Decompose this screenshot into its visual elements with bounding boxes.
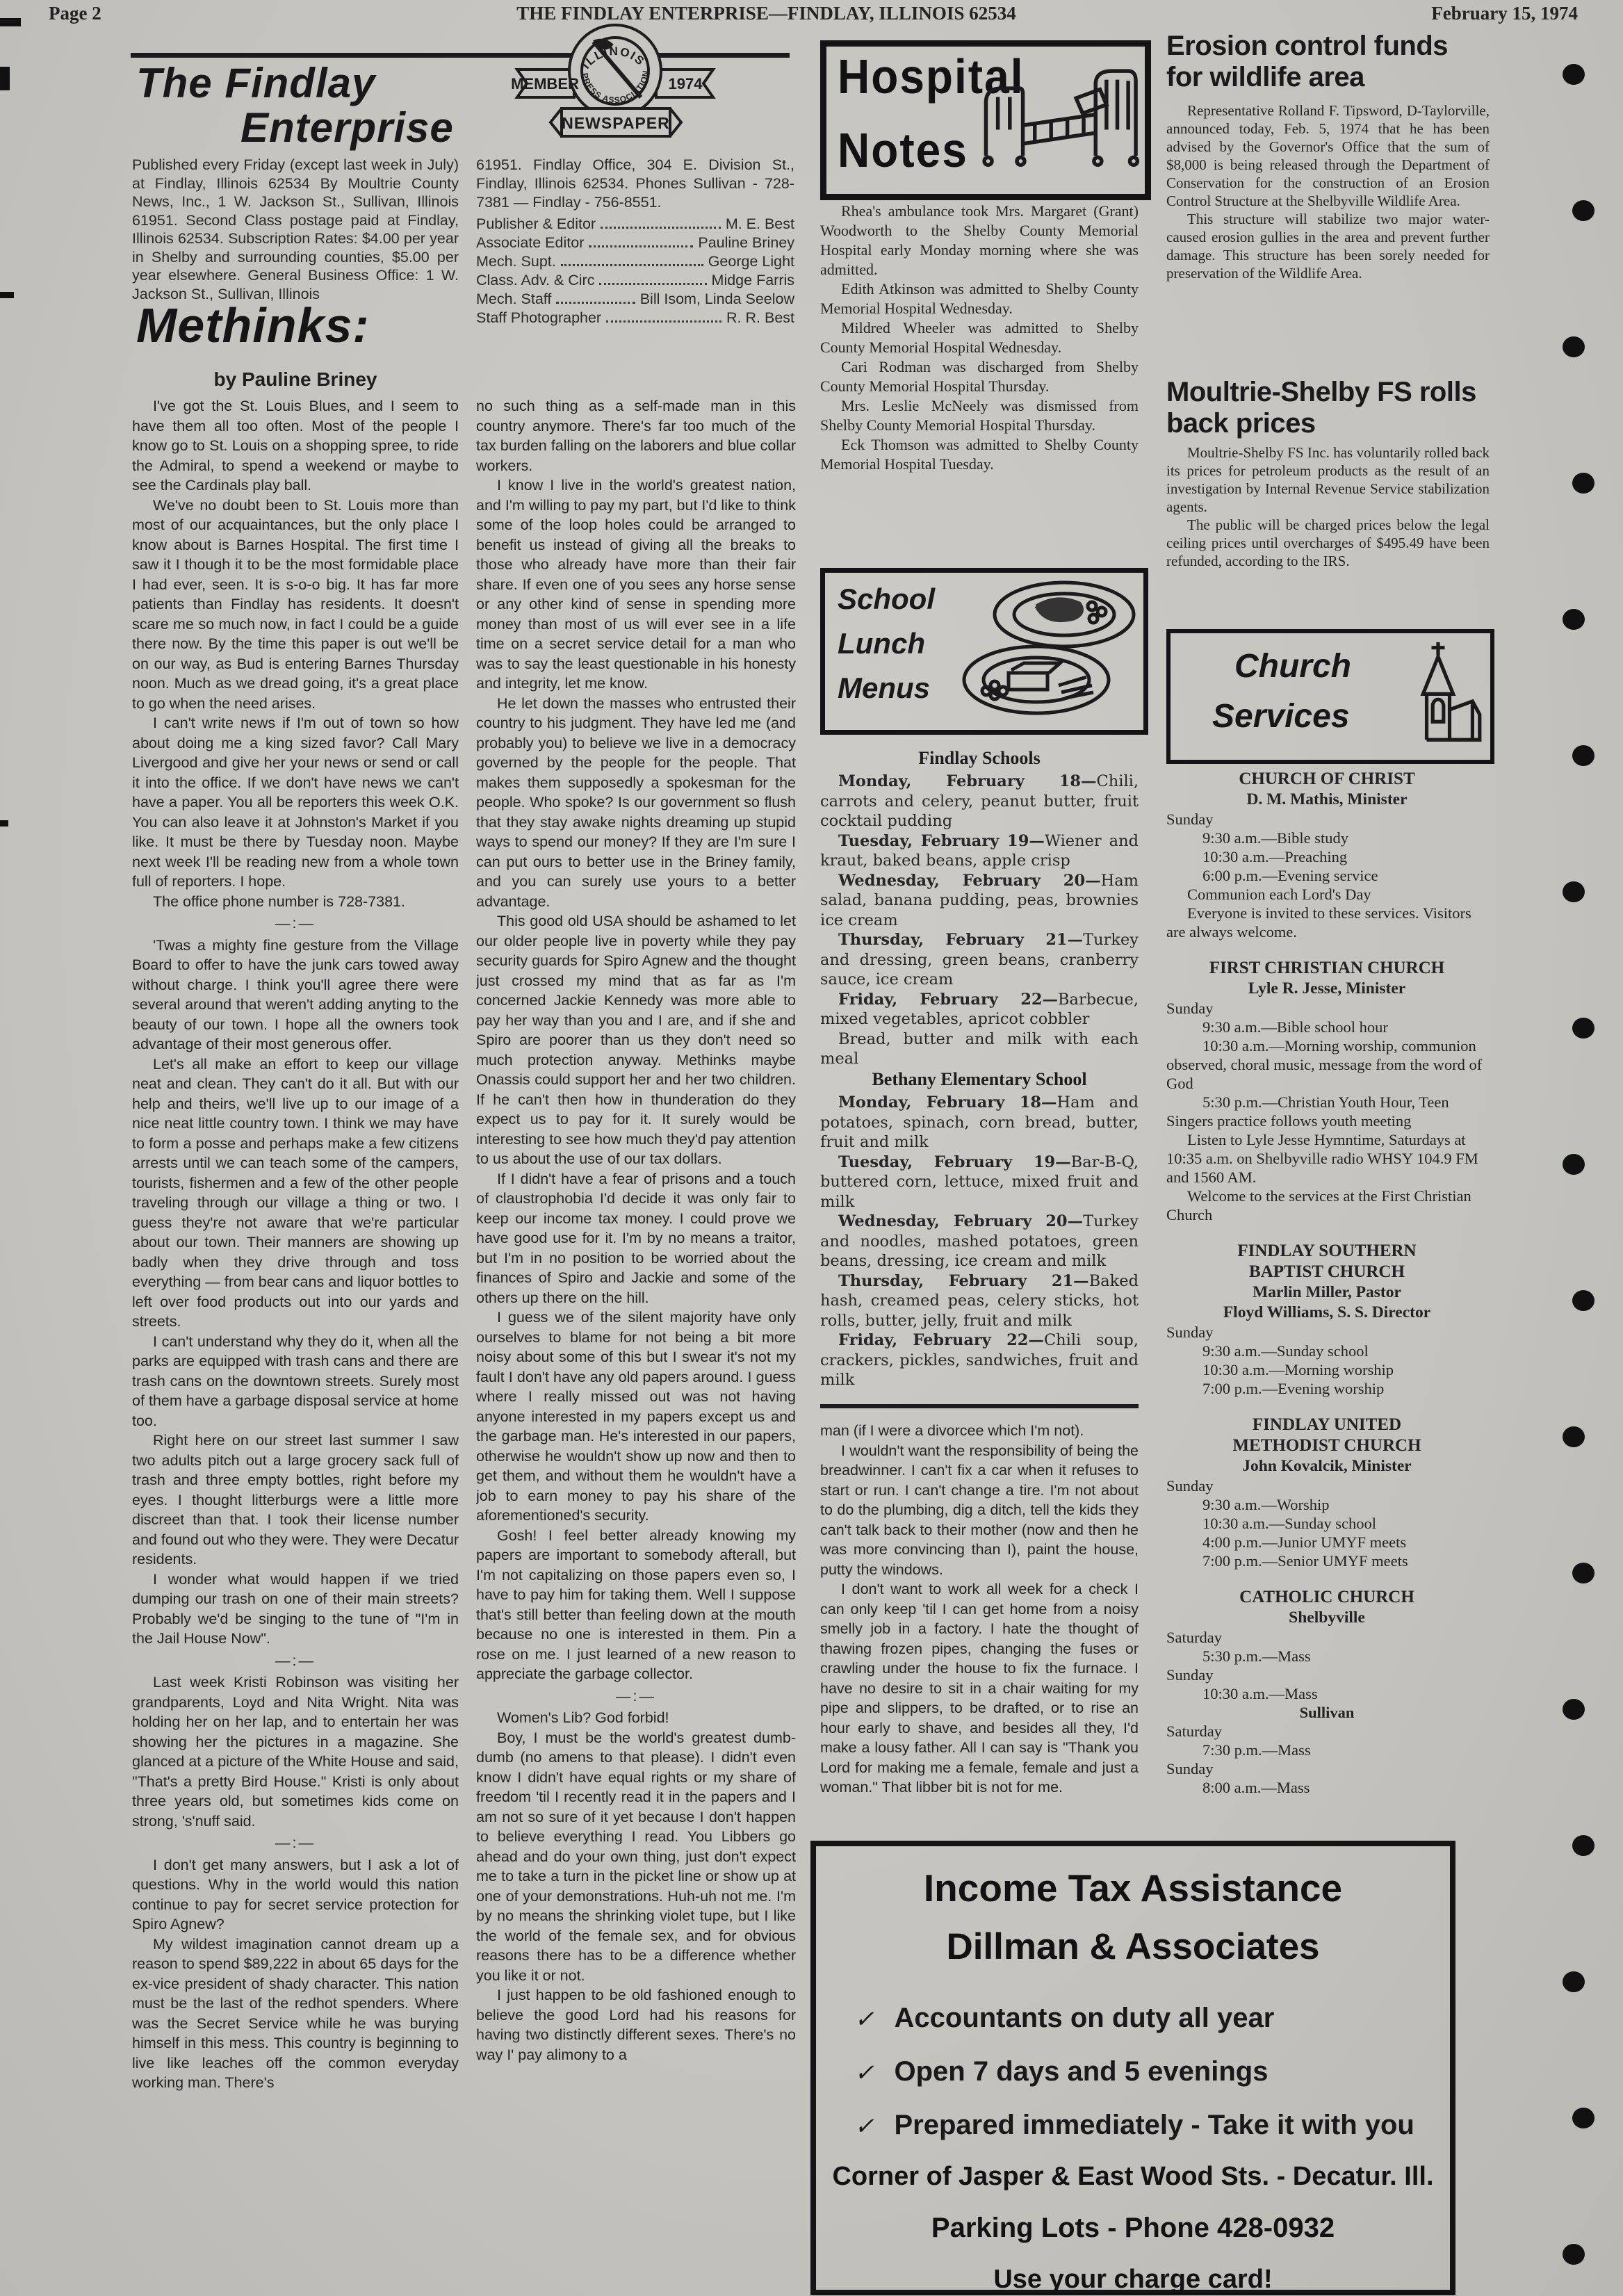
staff-role: Staff Photographer [476, 309, 601, 327]
church-schedule-line: Sunday [1166, 810, 1487, 829]
edge-dot [1563, 1154, 1585, 1175]
ad-advertiser: Dillman & Associates [946, 1925, 1319, 1968]
church-schedule-line: Listen to Lyle Jesse Hymntime, Saturdays… [1166, 1130, 1487, 1187]
church-name: CATHOLIC CHURCH [1166, 1587, 1487, 1608]
staff-list: Publisher & EditorM. E. BestAssociate Ed… [476, 215, 794, 327]
church-schedule-line: Saturday [1166, 1628, 1487, 1647]
publication-info: Published every Friday (except last week… [132, 156, 459, 303]
issue-date: February 15, 1974 [1431, 3, 1578, 24]
masthead-title-line2: Enterprise [136, 106, 454, 150]
staff-role: Publisher & Editor [476, 215, 596, 234]
church-schedule-line: 4:00 p.m.—Junior UMYF meets [1166, 1533, 1487, 1552]
paragraph: Right here on our street last summer I s… [132, 1431, 459, 1570]
findlay-schools-title: Findlay Schools [820, 748, 1139, 769]
menu-item: Thursday, February 21—Turkey and dressin… [820, 930, 1139, 990]
rollback-headline: Moultrie-Shelby FS rolls back prices [1166, 377, 1490, 439]
church-schedule-line: Sunday [1166, 1323, 1487, 1342]
church-schedule-line: Saturday [1166, 1722, 1487, 1741]
paragraph: man (if I were a divorcee which I'm not)… [820, 1421, 1139, 1441]
church-schedule-line: 5:30 p.m.—Mass [1166, 1647, 1487, 1666]
church-name: CHURCH OF CHRIST [1166, 769, 1487, 790]
paragraph: My wildest imagination cannot dream up a… [132, 1935, 459, 2093]
paragraph: I can't write news if I'm out of town so… [132, 713, 459, 892]
edge-dot [1572, 1835, 1595, 1856]
church-schedule-line: Sunday [1166, 1476, 1487, 1495]
edge-mark [0, 820, 8, 827]
ad-bullet: ✓Prepared immediately - Take it with you [856, 2110, 1414, 2141]
church-name: FIRST CHRISTIAN CHURCH [1166, 958, 1487, 979]
church-schedule-line: 9:30 a.m.—Sunday school [1166, 1342, 1487, 1360]
paragraph: If I didn't have a fear of prisons and a… [476, 1169, 796, 1308]
church-schedule-line: 7:00 p.m.—Evening worship [1166, 1379, 1487, 1398]
income-tax-ad: Income Tax Assistance Dillman & Associat… [810, 1841, 1455, 2295]
church-name: FINDLAY SOUTHERN [1166, 1241, 1487, 1262]
paragraph: no such thing as a self-made man in this… [476, 396, 796, 475]
rollback-article: Moultrie-Shelby FS Inc. has voluntarily … [1166, 443, 1490, 624]
church-schedule-line: 10:30 a.m.—Morning worship [1166, 1360, 1487, 1379]
paragraph: Moultrie-Shelby FS Inc. has voluntarily … [1166, 443, 1490, 516]
church-schedule-line: 10:30 a.m.—Sunday school [1166, 1514, 1487, 1533]
staff-name: George Light [708, 252, 794, 271]
church-section: CHURCH OF CHRISTD. M. Mathis, MinisterSu… [1166, 769, 1487, 941]
church-schedule-line: 9:30 a.m.—Worship [1166, 1495, 1487, 1514]
paragraph: I guess we of the silent majority have o… [476, 1308, 796, 1526]
church-schedule-line: 10:30 a.m.—Morning worship, communion ob… [1166, 1036, 1487, 1093]
paragraph: This structure will stabilize two major … [1166, 210, 1490, 282]
masthead-title: The Findlay Enterprise [136, 61, 454, 150]
dot-leader [589, 245, 693, 247]
erosion-headline: Erosion control funds for wildlife area [1166, 31, 1490, 93]
church-leader: John Kovalcik, Minister [1166, 1456, 1487, 1476]
church-listings: CHURCH OF CHRISTD. M. Mathis, MinisterSu… [1166, 769, 1487, 1825]
ad-bullet-text: Open 7 days and 5 evenings [895, 2056, 1269, 2087]
church-schedule-line: Sullivan [1166, 1703, 1487, 1722]
edge-dot [1572, 1563, 1595, 1583]
church-schedule-line: 5:30 p.m.—Christian Youth Hour, Teen Sin… [1166, 1093, 1487, 1130]
paragraph: Gosh! I feel better already knowing my p… [476, 1526, 796, 1684]
check-icon: ✓ [853, 2005, 879, 2033]
paragraph: 'Twas a mighty fine gesture from the Vil… [132, 936, 459, 1055]
paragraph: This good old USA should be ashamed to l… [476, 911, 796, 1169]
church-schedule-line: Everyone is invited to these services. V… [1166, 904, 1487, 941]
menu-item: Monday, February 18—Chili, carrots and c… [820, 772, 1139, 831]
ad-charge-card: Use your charge card! [993, 2265, 1272, 2295]
hospital-notes-box: Hospital Notes [820, 40, 1151, 200]
section-divider: —:— [132, 913, 459, 934]
staff-name: M. E. Best [726, 215, 794, 234]
staff-name: Pauline Briney [698, 234, 794, 252]
paragraph: I've got the St. Louis Blues, and I seem… [132, 396, 459, 496]
dot-leader [606, 320, 721, 323]
edge-dot [1572, 473, 1595, 494]
paragraph: Representative Rolland F. Tipsword, D-Ta… [1166, 101, 1490, 210]
page-number: Page 2 [49, 3, 101, 24]
church-section: FINDLAY UNITEDMETHODIST CHURCHJohn Koval… [1166, 1415, 1487, 1570]
edge-dot [1563, 64, 1585, 85]
staff-role: Class. Adv. & Circ [476, 271, 594, 290]
church-name: FINDLAY UNITED [1166, 1415, 1487, 1435]
lunch-box-title-2: Lunch [838, 627, 925, 660]
office-info: 61951. Findlay Office, 304 E. Division S… [476, 156, 794, 212]
hospital-notes-title-2: Notes [838, 122, 968, 178]
paragraph: We've no doubt been to St. Louis more th… [132, 496, 459, 714]
methinks-column-2: no such thing as a self-made man in this… [476, 396, 796, 2294]
staff-row: Mech. Supt.George Light [476, 252, 794, 271]
edge-mark [0, 292, 14, 298]
staff-name: Bill Isom, Linda Seelow [640, 290, 794, 309]
staff-row: Publisher & EditorM. E. Best [476, 215, 794, 234]
church-schedule-line: Sunday [1166, 999, 1487, 1018]
badge-year-text: 1974 [669, 75, 703, 92]
paragraph: Let's all make an effort to keep our vil… [132, 1055, 459, 1332]
paragraph: I wonder what would happen if we tried d… [132, 1570, 459, 1649]
erosion-article: Representative Rolland F. Tipsword, D-Ta… [1166, 101, 1490, 366]
church-schedule-line: 9:30 a.m.—Bible school hour [1166, 1018, 1487, 1036]
section-divider: —:— [132, 1651, 459, 1671]
bethany-school-menu: Monday, February 18—Ham and potatoes, sp… [820, 1093, 1139, 1399]
dot-leader [556, 302, 635, 304]
paragraph: I wouldn't want the responsibility of be… [820, 1441, 1139, 1580]
church-schedule-line: Sunday [1166, 1666, 1487, 1684]
check-icon: ✓ [853, 2112, 879, 2140]
paragraph: Boy, I must be the world's greatest dumb… [476, 1728, 796, 1986]
paragraph: I don't want to work all week for a chec… [820, 1579, 1139, 1798]
church-schedule-line: 10:30 a.m.—Mass [1166, 1684, 1487, 1703]
menu-item: Friday, February 22—Barbecue, mixed vege… [820, 990, 1139, 1029]
staff-row: Associate EditorPauline Briney [476, 234, 794, 252]
ad-bullet-text: Accountants on duty all year [895, 2003, 1275, 2034]
church-section: FINDLAY SOUTHERNBAPTIST CHURCHMarlin Mil… [1166, 1241, 1487, 1398]
ad-address: Corner of Jasper & East Wood Sts. - Deca… [832, 2162, 1433, 2192]
church-schedule-line: 7:00 p.m.—Senior UMYF meets [1166, 1552, 1487, 1570]
hospital-bed-icon [970, 54, 1143, 179]
paragraph: The office phone number is 728-7381. [132, 892, 459, 912]
paragraph: He let down the masses who entrusted the… [476, 694, 796, 912]
badge-newspaper-text: NEWSPAPER [562, 114, 670, 132]
paragraph: I know I live in the world's greatest na… [476, 475, 796, 694]
paragraph: I just happen to be old fashioned enough… [476, 1985, 796, 2065]
church-leader: Marlin Miller, Pastor [1166, 1283, 1487, 1303]
dot-leader [601, 227, 721, 229]
newspaper-page: Page 2 THE FINDLAY ENTERPRISE—FINDLAY, I… [0, 0, 1623, 2296]
church-leader: D. M. Mathis, Minister [1166, 790, 1487, 810]
paragraph: Eck Thomson was admitted to Shelby Count… [820, 435, 1139, 474]
church-leader: Lyle R. Jesse, Minister [1166, 979, 1487, 999]
staff-role: Mech. Staff [476, 290, 551, 309]
paragraph: Mrs. Leslie McNeely was dismissed from S… [820, 396, 1139, 435]
methinks-headline: Methinks: [136, 298, 370, 353]
menu-item: Tuesday, February 19—Wiener and kraut, b… [820, 831, 1139, 871]
church-schedule-line: 10:30 a.m.—Preaching [1166, 847, 1487, 866]
menu-item: Monday, February 18—Ham and potatoes, sp… [820, 1093, 1139, 1153]
edge-dot [1563, 1426, 1585, 1447]
staff-role: Mech. Supt. [476, 252, 556, 271]
badge-member-text: MEMBER [511, 75, 579, 92]
paragraph: Rhea's ambulance took Mrs. Margaret (Gra… [820, 202, 1139, 279]
methinks-column-1: I've got the St. Louis Blues, and I seem… [132, 396, 459, 2294]
menu-item: Wednesday, February 20—Ham salad, banana… [820, 871, 1139, 931]
menu-item: Friday, February 22—Chili soup, crackers… [820, 1330, 1139, 1390]
edge-mark [0, 67, 10, 90]
school-lunch-box: School Lunch Menus [820, 568, 1148, 735]
ad-bullet-text: Prepared immediately - Take it with you [895, 2110, 1414, 2141]
press-association-seal-icon: ILLINOIS PRESS ASSOCIATION MEMBER 1974 N… [505, 15, 726, 149]
church-services-title-1: Church [1234, 647, 1351, 685]
ad-bullet: ✓Open 7 days and 5 evenings [856, 2056, 1414, 2087]
lunch-box-title-1: School [838, 583, 935, 616]
church-section: CATHOLIC CHURCHShelbyvilleSaturday5:30 p… [1166, 1587, 1487, 1797]
edge-dot [1572, 200, 1595, 221]
check-icon: ✓ [853, 2059, 879, 2087]
section-divider: —:— [132, 1833, 459, 1853]
church-services-box: Church Services [1166, 629, 1494, 764]
methinks-column-3-continuation: man (if I were a divorcee which I'm not)… [820, 1421, 1139, 1810]
dot-leader [561, 264, 703, 266]
edge-dot [1572, 1018, 1595, 1039]
edge-dot [1563, 336, 1585, 357]
church-schedule-line: Sunday [1166, 1759, 1487, 1778]
menu-item: Bread, butter and milk with each meal [820, 1029, 1139, 1064]
edge-dot [1563, 881, 1585, 902]
paragraph: The public will be charged prices below … [1166, 516, 1490, 570]
masthead-title-line1: The Findlay [136, 61, 454, 106]
hospital-notes-article: Rhea's ambulance took Mrs. Margaret (Gra… [820, 202, 1139, 563]
edge-dot [1563, 1971, 1585, 1992]
staff-role: Associate Editor [476, 234, 584, 252]
paragraph: Cari Rodman was discharged from Shelby C… [820, 357, 1139, 396]
edge-mark [0, 18, 21, 26]
paragraph: I don't get many answers, but I ask a lo… [132, 1855, 459, 1935]
edge-dot [1572, 1290, 1595, 1311]
church-services-title-2: Services [1212, 697, 1350, 735]
office-staff-block: 61951. Findlay Office, 304 E. Division S… [476, 156, 794, 327]
paragraph: Edith Atkinson was admitted to Shelby Co… [820, 279, 1139, 318]
paragraph: I can't understand why they do it, when … [132, 1332, 459, 1431]
dot-leader [599, 283, 706, 285]
church-schedule-line: 8:00 a.m.—Mass [1166, 1778, 1487, 1797]
staff-name: R. R. Best [726, 309, 794, 327]
church-steeple-icon [1393, 636, 1483, 756]
church-name: BAPTIST CHURCH [1166, 1262, 1487, 1283]
ad-title: Income Tax Assistance [924, 1866, 1342, 1910]
staff-row: Mech. StaffBill Isom, Linda Seelow [476, 290, 794, 309]
church-leader: Shelbyville [1166, 1608, 1487, 1628]
paragraph: Last week Kristi Robinson was visiting h… [132, 1672, 459, 1831]
edge-dot [1563, 2244, 1585, 2265]
staff-row: Staff PhotographerR. R. Best [476, 309, 794, 327]
paragraph: Mildred Wheeler was admitted to Shelby C… [820, 318, 1139, 357]
ad-phone: Parking Lots - Phone 428-0932 [931, 2213, 1335, 2244]
bethany-school-title: Bethany Elementary School [820, 1069, 1139, 1090]
church-leader: Floyd Williams, S. S. Director [1166, 1303, 1487, 1323]
church-name: METHODIST CHURCH [1166, 1435, 1487, 1456]
edge-dot [1563, 609, 1585, 630]
edge-dot [1572, 745, 1595, 766]
page-running-header: Page 2 THE FINDLAY ENTERPRISE—FINDLAY, I… [49, 3, 1578, 24]
menu-item: Thursday, February 21—Baked hash, creame… [820, 1271, 1139, 1331]
church-schedule-line: 7:30 p.m.—Mass [1166, 1741, 1487, 1759]
staff-row: Class. Adv. & CircMidge Farris [476, 271, 794, 290]
lunch-plates-icon [954, 576, 1141, 723]
findlay-schools-menu: Monday, February 18—Chili, carrots and c… [820, 772, 1139, 1064]
church-schedule-line: Communion each Lord's Day [1166, 885, 1487, 904]
menu-item: Tuesday, February 19—Bar-B-Q, buttered c… [820, 1153, 1139, 1212]
paragraph: Women's Lib? God forbid! [476, 1708, 796, 1728]
church-schedule-line: 6:00 p.m.—Evening service [1166, 866, 1487, 885]
methinks-byline: by Pauline Briney [132, 368, 459, 391]
section-divider: —:— [476, 1686, 796, 1707]
church-schedule-line: Welcome to the services at the First Chr… [1166, 1187, 1487, 1224]
edge-dot [1572, 2108, 1595, 2128]
ad-bullet: ✓Accountants on duty all year [856, 2003, 1414, 2034]
church-schedule-line: 9:30 a.m.—Bible study [1166, 829, 1487, 847]
church-section: FIRST CHRISTIAN CHURCHLyle R. Jesse, Min… [1166, 958, 1487, 1224]
edge-dot [1563, 1699, 1585, 1720]
lunch-box-title-3: Menus [838, 671, 930, 705]
menu-item: Wednesday, February 20—Turkey and noodle… [820, 1212, 1139, 1271]
staff-name: Midge Farris [712, 271, 794, 290]
ad-bullet-list: ✓Accountants on duty all year✓Open 7 day… [856, 1980, 1414, 2141]
column-rule [820, 1404, 1139, 1408]
